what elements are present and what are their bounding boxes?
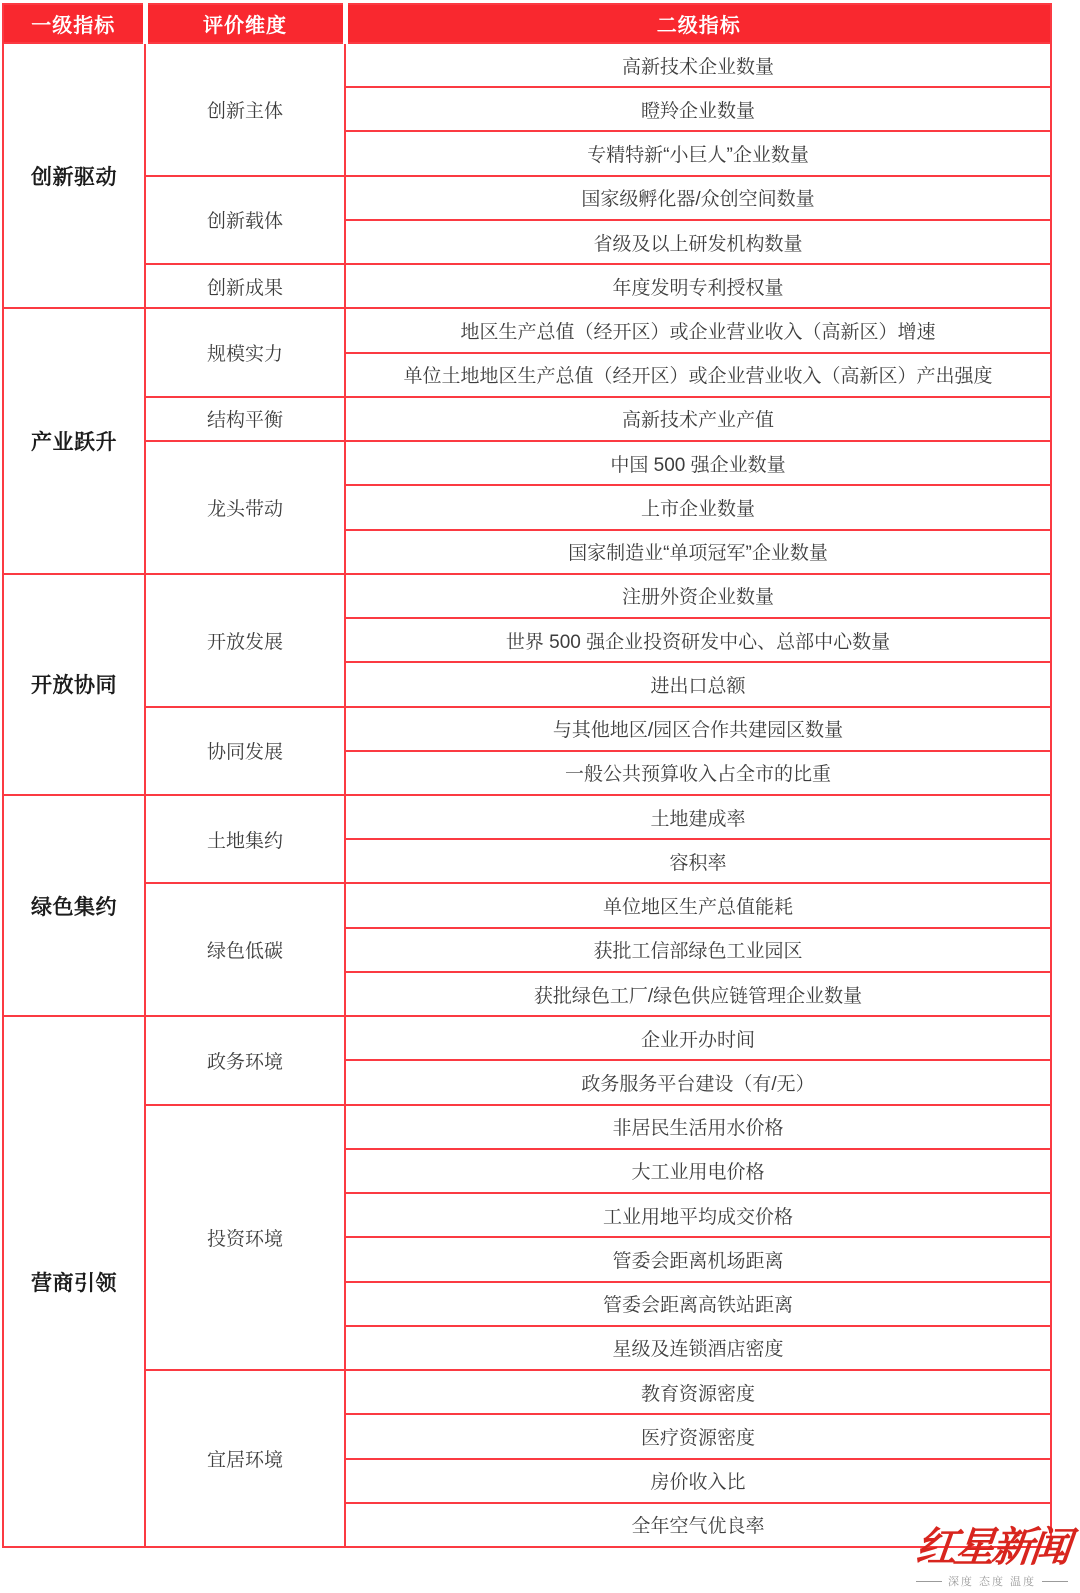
dimension-cell: 投资环境 bbox=[145, 1105, 345, 1370]
secondary-indicator-cell: 管委会距离高铁站距离 bbox=[345, 1282, 1051, 1326]
secondary-indicator-cell: 容积率 bbox=[345, 839, 1051, 883]
table-header: 一级指标 评价维度 二级指标 bbox=[3, 4, 1051, 43]
secondary-indicator-cell: 教育资源密度 bbox=[345, 1370, 1051, 1414]
dimension-cell: 政务环境 bbox=[145, 1016, 345, 1104]
level1-indicator-cell: 创新驱动 bbox=[3, 43, 145, 308]
tagline-text: 深度 态度 温度 bbox=[948, 1573, 1036, 1589]
header-secondary-indicator: 二级指标 bbox=[345, 4, 1051, 43]
table-row: 结构平衡高新技术产业产值 bbox=[3, 397, 1051, 441]
table-row: 营商引领政务环境企业开办时间 bbox=[3, 1016, 1051, 1060]
secondary-indicator-cell: 注册外资企业数量 bbox=[345, 574, 1051, 618]
dimension-cell: 结构平衡 bbox=[145, 397, 345, 441]
level1-indicator-cell: 营商引领 bbox=[3, 1016, 145, 1547]
secondary-indicator-cell: 世界 500 强企业投资研发中心、总部中心数量 bbox=[345, 618, 1051, 662]
dimension-cell: 龙头带动 bbox=[145, 441, 345, 574]
indicator-system-table: 一级指标 评价维度 二级指标 创新驱动创新主体高新技术企业数量瞪羚企业数量专精特… bbox=[2, 3, 1052, 1548]
secondary-indicator-cell: 进出口总额 bbox=[345, 662, 1051, 706]
dimension-cell: 绿色低碳 bbox=[145, 883, 345, 1016]
page: 一级指标 评价维度 二级指标 创新驱动创新主体高新技术企业数量瞪羚企业数量专精特… bbox=[0, 0, 1080, 1593]
secondary-indicator-cell: 中国 500 强企业数量 bbox=[345, 441, 1051, 485]
header-evaluation-dimension: 评价维度 bbox=[145, 4, 345, 43]
secondary-indicator-cell: 专精特新“小巨人”企业数量 bbox=[345, 131, 1051, 175]
secondary-indicator-cell: 一般公共预算收入占全市的比重 bbox=[345, 751, 1051, 795]
tagline-dash-right-icon bbox=[1042, 1581, 1068, 1582]
redstar-news-tagline: 深度 态度 温度 bbox=[912, 1573, 1072, 1589]
table-row: 开放协同开放发展注册外资企业数量 bbox=[3, 574, 1051, 618]
dimension-cell: 创新主体 bbox=[145, 43, 345, 176]
dimension-cell: 协同发展 bbox=[145, 707, 345, 795]
secondary-indicator-cell: 与其他地区/园区合作共建园区数量 bbox=[345, 707, 1051, 751]
table-row: 创新成果年度发明专利授权量 bbox=[3, 264, 1051, 308]
secondary-indicator-cell: 国家制造业“单项冠军”企业数量 bbox=[345, 530, 1051, 574]
redstar-news-logo: 红星新闻 深度 态度 温度 bbox=[912, 1527, 1072, 1589]
header-row: 一级指标 评价维度 二级指标 bbox=[3, 4, 1051, 43]
table-row: 创新驱动创新主体高新技术企业数量 bbox=[3, 43, 1051, 87]
table-row: 宜居环境教育资源密度 bbox=[3, 1370, 1051, 1414]
secondary-indicator-cell: 省级及以上研发机构数量 bbox=[345, 220, 1051, 264]
secondary-indicator-cell: 单位土地地区生产总值（经开区）或企业营业收入（高新区）产出强度 bbox=[345, 353, 1051, 397]
secondary-indicator-cell: 星级及连锁酒店密度 bbox=[345, 1326, 1051, 1370]
secondary-indicator-cell: 单位地区生产总值能耗 bbox=[345, 883, 1051, 927]
level1-indicator-cell: 开放协同 bbox=[3, 574, 145, 795]
secondary-indicator-cell: 瞪羚企业数量 bbox=[345, 87, 1051, 131]
secondary-indicator-cell: 年度发明专利授权量 bbox=[345, 264, 1051, 308]
secondary-indicator-cell: 政务服务平台建设（有/无） bbox=[345, 1060, 1051, 1104]
secondary-indicator-cell: 企业开办时间 bbox=[345, 1016, 1051, 1060]
table-body: 创新驱动创新主体高新技术企业数量瞪羚企业数量专精特新“小巨人”企业数量创新载体国… bbox=[3, 43, 1051, 1547]
table-row: 龙头带动中国 500 强企业数量 bbox=[3, 441, 1051, 485]
secondary-indicator-cell: 获批绿色工厂/绿色供应链管理企业数量 bbox=[345, 972, 1051, 1016]
secondary-indicator-cell: 高新技术企业数量 bbox=[345, 43, 1051, 87]
tagline-dash-left-icon bbox=[916, 1581, 942, 1582]
dimension-cell: 规模实力 bbox=[145, 308, 345, 396]
table-row: 绿色低碳单位地区生产总值能耗 bbox=[3, 883, 1051, 927]
secondary-indicator-cell: 上市企业数量 bbox=[345, 485, 1051, 529]
secondary-indicator-cell: 国家级孵化器/众创空间数量 bbox=[345, 176, 1051, 220]
secondary-indicator-cell: 地区生产总值（经开区）或企业营业收入（高新区）增速 bbox=[345, 308, 1051, 352]
table-row: 投资环境非居民生活用水价格 bbox=[3, 1105, 1051, 1149]
secondary-indicator-cell: 非居民生活用水价格 bbox=[345, 1105, 1051, 1149]
secondary-indicator-cell: 房价收入比 bbox=[345, 1459, 1051, 1503]
redstar-news-wordmark: 红星新闻 bbox=[910, 1527, 1074, 1568]
dimension-cell: 创新载体 bbox=[145, 176, 345, 264]
table-row: 绿色集约土地集约土地建成率 bbox=[3, 795, 1051, 839]
table-row: 创新载体国家级孵化器/众创空间数量 bbox=[3, 176, 1051, 220]
dimension-cell: 创新成果 bbox=[145, 264, 345, 308]
secondary-indicator-cell: 管委会距离机场距离 bbox=[345, 1237, 1051, 1281]
secondary-indicator-cell: 土地建成率 bbox=[345, 795, 1051, 839]
dimension-cell: 开放发展 bbox=[145, 574, 345, 707]
table-row: 产业跃升规模实力地区生产总值（经开区）或企业营业收入（高新区）增速 bbox=[3, 308, 1051, 352]
dimension-cell: 宜居环境 bbox=[145, 1370, 345, 1547]
secondary-indicator-cell: 获批工信部绿色工业园区 bbox=[345, 928, 1051, 972]
dimension-cell: 土地集约 bbox=[145, 795, 345, 883]
level1-indicator-cell: 产业跃升 bbox=[3, 308, 145, 573]
level1-indicator-cell: 绿色集约 bbox=[3, 795, 145, 1016]
secondary-indicator-cell: 大工业用电价格 bbox=[345, 1149, 1051, 1193]
secondary-indicator-cell: 工业用地平均成交价格 bbox=[345, 1193, 1051, 1237]
secondary-indicator-cell: 高新技术产业产值 bbox=[345, 397, 1051, 441]
header-level1-indicator: 一级指标 bbox=[3, 4, 145, 43]
table-row: 协同发展与其他地区/园区合作共建园区数量 bbox=[3, 707, 1051, 751]
secondary-indicator-cell: 医疗资源密度 bbox=[345, 1414, 1051, 1458]
